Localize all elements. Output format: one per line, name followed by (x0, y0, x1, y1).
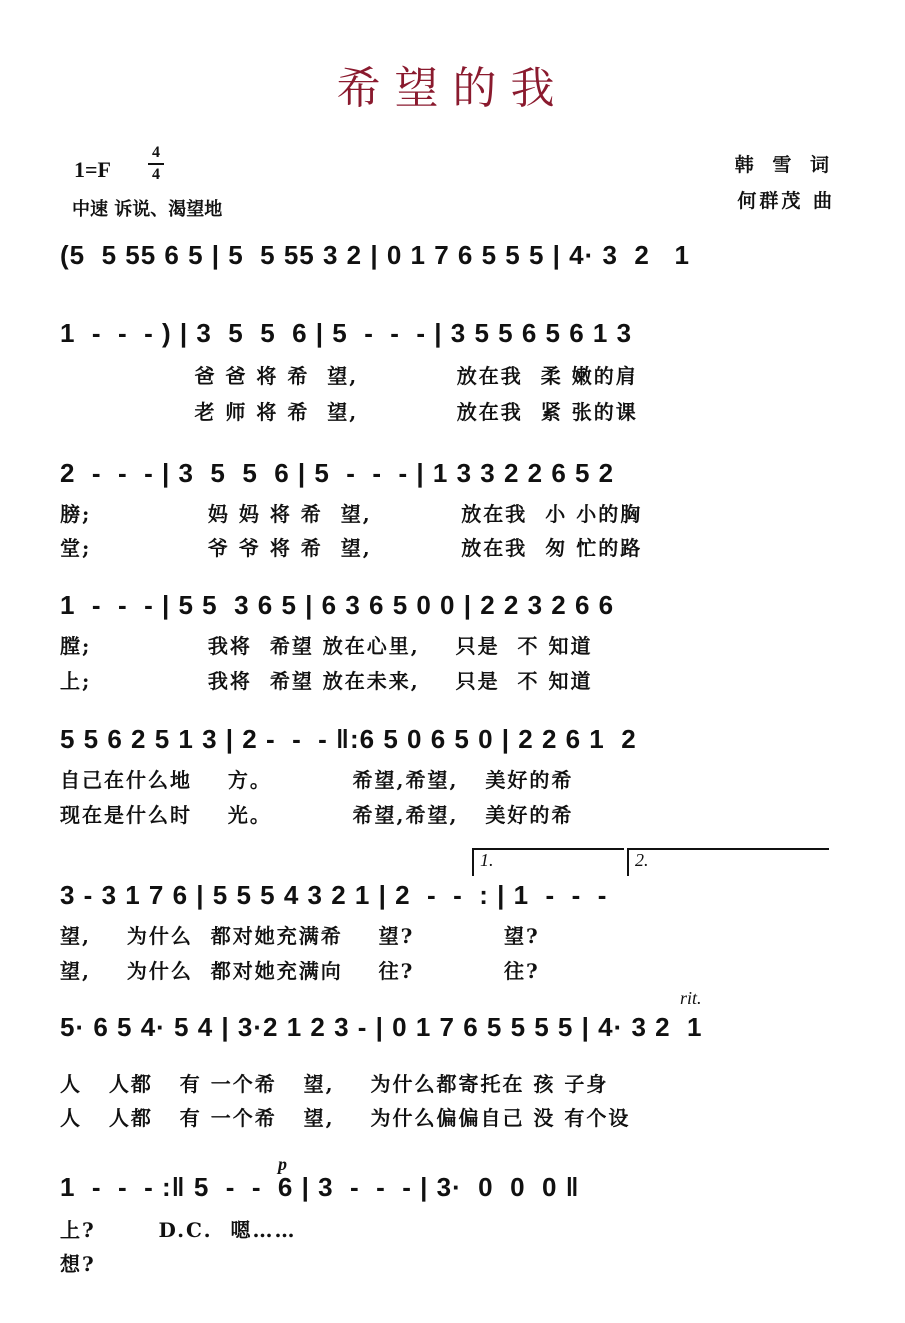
lyrics-verse-1: 爸 爸 将 希 望, 放在我 柔 嫩的肩 (60, 360, 638, 389)
lyrics-verse-2: 人 人都 有 一个希 望, 为什么偏偏自己 没 有个设 (60, 1102, 630, 1131)
lyricist-credit: 韩 雪 词 (735, 150, 835, 177)
notation-line: 3 - 3 1 7 6 | 5 5 5 4 3 2 1 | 2 - - : | … (60, 880, 607, 920)
time-signature-top: 4 (152, 144, 160, 161)
notation-line: 1 - - - | 5 5 3 6 5 | 6 3 6 5 0 0 | 2 2 … (60, 590, 614, 630)
lyrics-verse-1: 自己在什么地 方。 希望,希望, 美好的希 (60, 764, 573, 793)
ritardando-marking: rit. (680, 988, 702, 1009)
lyrics-verse-1: 膛; 我将 希望 放在心里, 只是 不 知道 (60, 630, 593, 659)
lyrics-verse-2: 现在是什么时 光。 希望,希望, 美好的希 (60, 799, 573, 828)
lyrics-verse-2: 堂; 爷 爷 将 希 望, 放在我 匆 忙的路 (60, 532, 642, 561)
volta-label-2: 2. (635, 850, 649, 871)
notation-line: 5 5 6 2 5 1 3 | 2 - - - ‖:6 5 0 6 5 0 | … (60, 724, 637, 764)
time-signature: 4 4 (148, 144, 164, 184)
notation-line: (5 5 55 6 5 | 5 5 55 3 2 | 0 1 7 6 5 5 5… (60, 240, 690, 280)
volta-label-1: 1. (480, 850, 494, 871)
tempo-marking: 中速 诉说、渴望地 (72, 195, 222, 221)
lyrics-verse-2: 上; 我将 希望 放在未来, 只是 不 知道 (60, 665, 593, 694)
lyrics-verse-1: 上? D.C. 嗯…… (60, 1214, 297, 1243)
volta-bracket-1: 1. (472, 848, 624, 876)
composer-credit: 何群茂 曲 (737, 186, 835, 213)
lyrics-verse-2: 想? (60, 1248, 96, 1277)
song-title: 希望的我 (0, 52, 905, 116)
lyrics-verse-1: 膀; 妈 妈 将 希 望, 放在我 小 小的胸 (60, 498, 642, 527)
notation-line: 5· 6 5 4· 5 4 | 3·2 1 2 3 - | 0 1 7 6 5 … (60, 1012, 703, 1052)
lyrics-verse-2: 望, 为什么 都对她充满向 往? 往? (60, 955, 540, 984)
notation-line: 2 - - - | 3 5 5 6 | 5 - - - | 1 3 3 2 2 … (60, 458, 614, 498)
lyrics-verse-1: 人 人都 有 一个希 望, 为什么都寄托在 孩 子身 (60, 1068, 608, 1097)
lyrics-verse-1: 望, 为什么 都对她充满希 望? 望? (60, 920, 540, 949)
key-signature: 1=F (74, 157, 111, 183)
lyrics-verse-2: 老 师 将 希 望, 放在我 紧 张的课 (60, 396, 638, 425)
notation-line: 1 - - - :‖ 5 - - 6 | 3 - - - | 3· 0 0 0 … (60, 1172, 580, 1212)
notation-line: 1 - - - ) | 3 5 5 6 | 5 - - - | 3 5 5 6 … (60, 318, 632, 358)
volta-bracket-2: 2. (627, 848, 829, 876)
time-signature-bottom: 4 (152, 166, 160, 183)
